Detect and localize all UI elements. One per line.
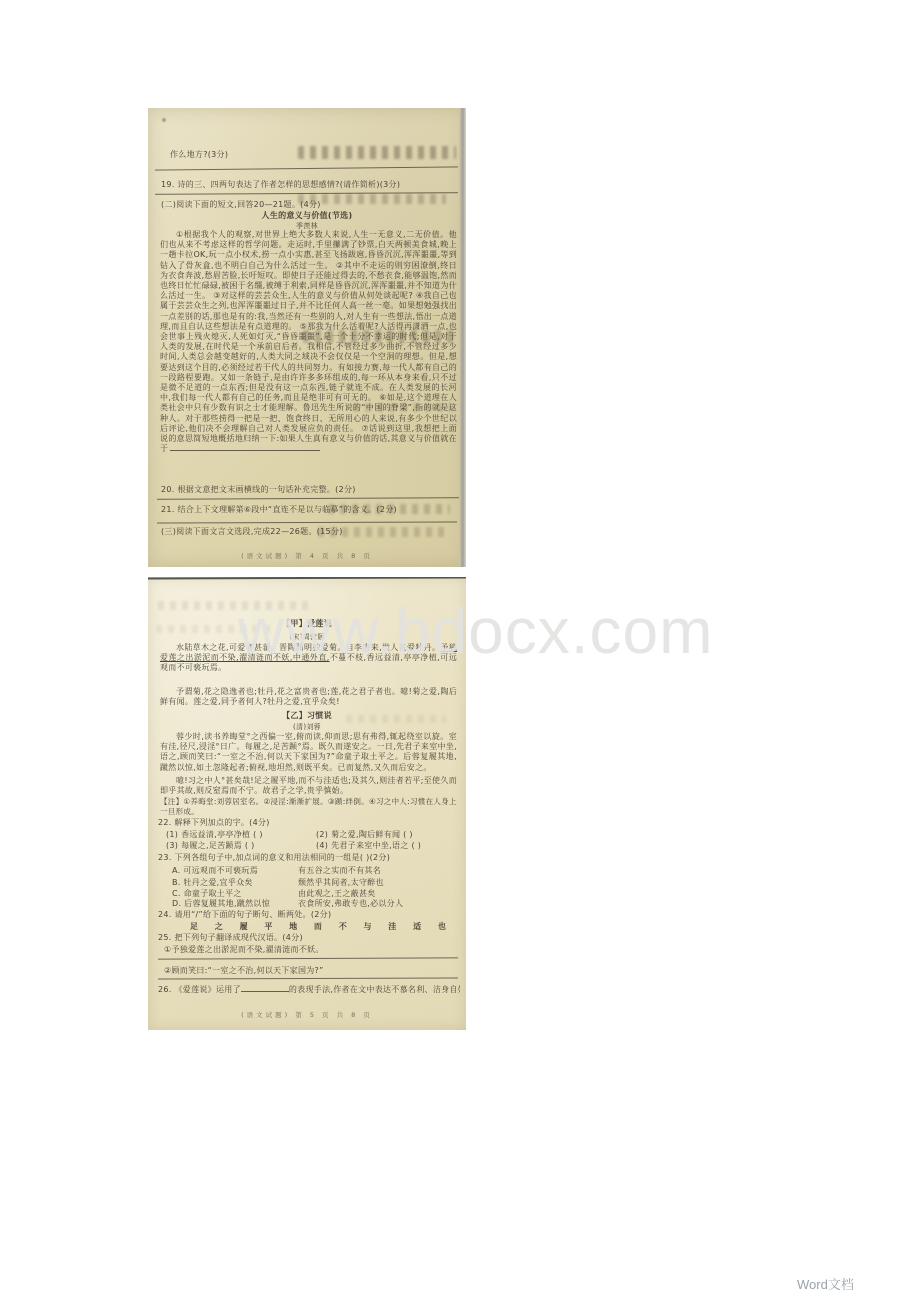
passage-yi-paragraph-1: 蓉少时,读书养晦堂°之西偏一室,俯而读,仰而思;思有弗得,辄起绕室以旋。室有洼,… <box>160 732 457 775</box>
option-b-left: B. 牡丹之爱,宜乎众矣 <box>172 878 253 888</box>
question-26-pre: 26. 《爱莲说》运用了 <box>158 985 241 994</box>
option-c-right: 由此观之,王之蔽甚矣 <box>298 889 376 899</box>
question-26: 26. 《爱莲说》运用了的表现手法,作者在文中表达不慕名利、洁身自好的生活态度。 <box>158 985 460 995</box>
question-25: 25. 把下列句子翻译成现代汉语。(4分) <box>158 933 303 943</box>
word-document-badge: Word文档 <box>797 1274 854 1293</box>
question-20: 20. 根据文意把文末画横线的一句话补充完整。(2分) <box>161 485 356 495</box>
question-22-item-3: (3) 每履之,足苦踬焉 ( ) <box>166 841 255 851</box>
fill-blank <box>241 991 289 992</box>
question-21: 21. 结合上下文理解第⑥段中“直连不是以与临摹”的含义。(2分) <box>161 505 397 515</box>
divider-line <box>157 521 457 523</box>
question-fragment: 作么地方?(3分) <box>170 150 228 160</box>
passage-notes: 【注】①养晦堂:刘蓉居室名。②浸淫:渐渐扩展。③踬:绊倒。④习之中人:习惯在人身… <box>160 797 457 817</box>
option-a-right: 有五谷之实而不有其名 <box>298 866 381 876</box>
question-24-sentence: 足 之 履 平 地 而 不 与 洼 适 也 <box>190 922 453 932</box>
question-22: 22. 解释下列加点的字。(4分) <box>158 818 270 828</box>
bleedthrough-artifact <box>298 146 456 159</box>
page-footer: (语文试题) 第 5 页 共 8 页 <box>148 1010 466 1020</box>
passage-yi-author: (清)刘蓉 <box>148 722 466 732</box>
paragraph-5: ⑤那我为什么活着呢?人活得再潇洒一点,也会世事上残火熄灭,人死如灯灭,“昏昏噩噩… <box>160 322 457 402</box>
option-c-left: C. 命童子取土平之 <box>172 889 242 899</box>
question-23: 23. 下列各组句子中,加点词的意义和用法相同的一组是( )(2分) <box>158 853 458 863</box>
question-22-item-2: (2) 菊之爱,陶后鲜有闻 ( ) <box>316 830 413 840</box>
question-24: 24. 请用“/”给下面的句子断句、断两处。(2分) <box>158 910 331 920</box>
answer-line <box>158 977 458 979</box>
option-d-left: D. 后蓉复履其地,蹴然以惊 <box>172 899 270 909</box>
passage-jia-paragraph-2: 予谓菊,花之隐逸者也;牡丹,花之富贵者也;莲,花之君子者也。噫!菊之爱,陶后鲜有… <box>160 687 457 711</box>
question-22-item-1: (1) 香远益清,亭亭净植 ( ) <box>166 830 263 840</box>
paragraph-3: ③对这样的芸芸众生,人生的意义与价值从何处谈起呢? <box>213 291 413 300</box>
answer-line <box>158 957 458 959</box>
question-22-item-4: (4) 先君子来室中坐,语之 ( ) <box>316 841 421 851</box>
option-b-right: 颓然乎其间者,太守醉也 <box>298 878 384 888</box>
passage-title: 人生的意义与价值(节选) <box>148 211 466 221</box>
scanner-edge-line <box>148 577 466 580</box>
scanned-exam-page-1: 作么地方?(3分) 19. 诗的三、四两句表达了作者怎样的思想感情?(请作简析)… <box>148 108 466 567</box>
section-3-heading: (三)阅读下面文言文选段,完成22—26题。(15分) <box>161 527 343 537</box>
question-19: 19. 诗的三、四两句表达了作者怎样的思想感情?(请作简析)(3分) <box>161 180 400 190</box>
passage-body: ①根据我个人的观察,对世界上绝大多数人来说,人生一无意义,二无价值。他们也从来不… <box>160 230 457 482</box>
section-2-heading: (二)阅读下面的短文,回答20—21题。(4分) <box>161 200 321 210</box>
question-25-item-1: ①予独爱莲之出淤泥而不染,濯清涟而不妖。 <box>164 945 324 955</box>
question-26-post: 的表现手法,作者在文中表达不慕名利、洁身自好的生活态度。 <box>289 985 460 994</box>
scanner-edge-strip <box>459 108 466 567</box>
option-d-right: 衣食所安,弗敢专也,必以分人 <box>298 899 403 909</box>
question-25-item-2: ②顾而笑曰:“一室之不治,何以天下家国为?” <box>164 966 324 976</box>
answer-blank <box>170 450 320 451</box>
passage-yi-title: 【乙】习惯说 <box>148 711 466 721</box>
bdocx-watermark: www.bdocx.com <box>238 594 713 668</box>
page-footer: (语文试题) 第 4 页 共 8 页 <box>148 551 466 561</box>
answer-line <box>157 497 459 500</box>
passage-yi-paragraph-2: 噫!习之中人°甚矣哉!足之履平地,而不与洼适也;及其久,则洼者若平;至使久而即乎… <box>160 776 457 797</box>
divider-line <box>155 166 458 170</box>
option-a-left: A. 可远观而不可亵玩焉 <box>172 866 258 876</box>
